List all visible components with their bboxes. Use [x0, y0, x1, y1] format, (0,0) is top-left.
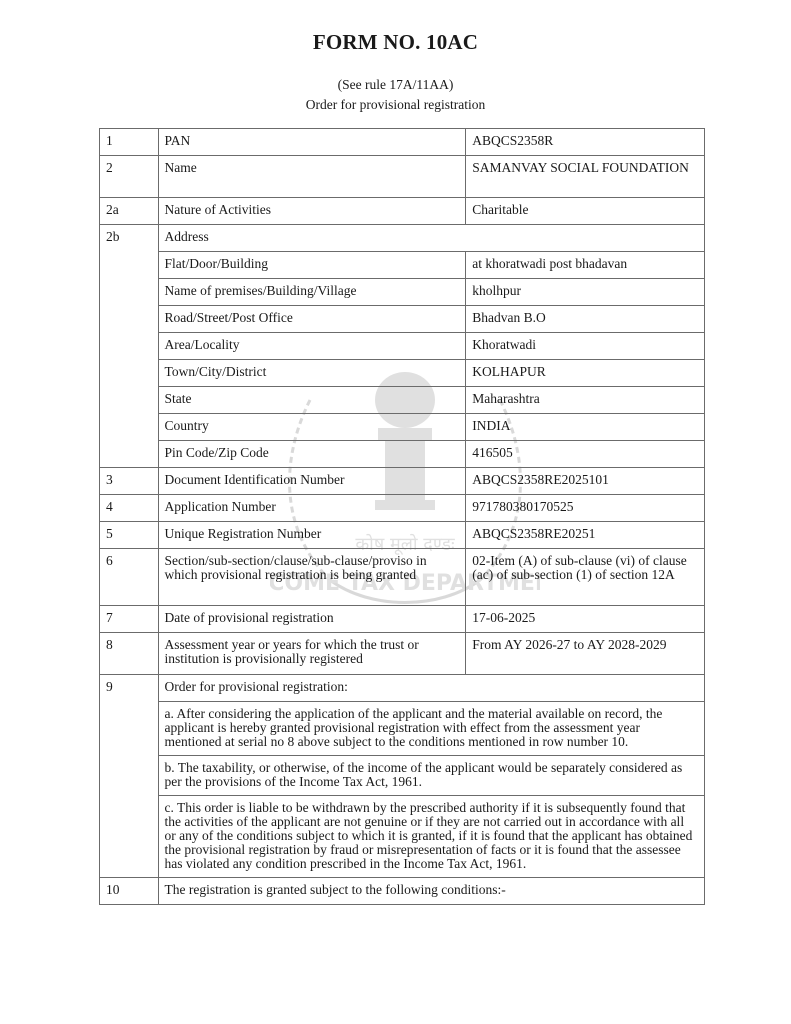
- address-label: Road/Street/Post Office: [158, 306, 466, 333]
- address-row: Area/Locality Khoratwadi: [100, 333, 705, 360]
- table-row-section: 6 Section/sub-section/clause/sub-clause/…: [100, 549, 705, 606]
- row-label: Order for provisional registration:: [158, 675, 704, 702]
- address-row: Flat/Door/Building at khoratwadi post bh…: [100, 252, 705, 279]
- nature-value: Charitable: [466, 198, 705, 225]
- table-row-pan: 1 PAN ABQCS2358R: [100, 129, 705, 156]
- pan-value: ABQCS2358R: [466, 129, 705, 156]
- row-label: Application Number: [158, 495, 466, 522]
- row-number: 10: [100, 878, 159, 905]
- address-label: Name of premises/Building/Village: [158, 279, 466, 306]
- order-paragraph-row: c. This order is liable to be withdrawn …: [100, 796, 705, 878]
- table-row-urn: 5 Unique Registration Number ABQCS2358RE…: [100, 522, 705, 549]
- address-label: Town/City/District: [158, 360, 466, 387]
- address-value: kholhpur: [466, 279, 705, 306]
- address-value: Bhadvan B.O: [466, 306, 705, 333]
- row-number: 9: [100, 675, 159, 878]
- table-row-conditions: 10 The registration is granted subject t…: [100, 878, 705, 905]
- row-label: Address: [158, 225, 704, 252]
- table-row-nature: 2a Nature of Activities Charitable: [100, 198, 705, 225]
- row-label: PAN: [158, 129, 466, 156]
- row-number: 2a: [100, 198, 159, 225]
- row-number: 3: [100, 468, 159, 495]
- row-label: Date of provisional registration: [158, 606, 466, 633]
- address-row: Pin Code/Zip Code 416505: [100, 441, 705, 468]
- table-row-application: 4 Application Number 971780380170525: [100, 495, 705, 522]
- table-row-order: 9 Order for provisional registration:: [100, 675, 705, 702]
- address-label: State: [158, 387, 466, 414]
- row-number: 8: [100, 633, 159, 675]
- row-label: Name: [158, 156, 466, 198]
- name-value: SAMANVAY SOCIAL FOUNDATION: [466, 156, 705, 198]
- table-row-date: 7 Date of provisional registration 17-06…: [100, 606, 705, 633]
- address-row: Road/Street/Post Office Bhadvan B.O: [100, 306, 705, 333]
- table-row-assessment-years: 8 Assessment year or years for which the…: [100, 633, 705, 675]
- address-row: State Maharashtra: [100, 387, 705, 414]
- row-label: Assessment year or years for which the t…: [158, 633, 466, 675]
- row-number: 2b: [100, 225, 159, 468]
- order-paragraph-row: a. After considering the application of …: [100, 702, 705, 756]
- address-row: Name of premises/Building/Village kholhp…: [100, 279, 705, 306]
- rule-reference: (See rule 17A/11AA): [0, 77, 791, 93]
- address-label: Country: [158, 414, 466, 441]
- row-number: 7: [100, 606, 159, 633]
- order-paragraph-row: b. The taxability, or otherwise, of the …: [100, 756, 705, 796]
- address-value: at khoratwadi post bhadavan: [466, 252, 705, 279]
- table-row-address: 2b Address: [100, 225, 705, 252]
- address-row: Country INDIA: [100, 414, 705, 441]
- row-number: 4: [100, 495, 159, 522]
- address-value: 416505: [466, 441, 705, 468]
- assessment-years-value: From AY 2026-27 to AY 2028-2029: [466, 633, 705, 675]
- row-label: Unique Registration Number: [158, 522, 466, 549]
- registration-date-value: 17-06-2025: [466, 606, 705, 633]
- row-label: Section/sub-section/clause/sub-clause/pr…: [158, 549, 466, 606]
- address-label: Flat/Door/Building: [158, 252, 466, 279]
- address-value: Maharashtra: [466, 387, 705, 414]
- form-title: FORM NO. 10AC: [0, 30, 791, 55]
- row-number: 6: [100, 549, 159, 606]
- order-paragraph-c: c. This order is liable to be withdrawn …: [158, 796, 704, 878]
- address-value: INDIA: [466, 414, 705, 441]
- address-value: Khoratwadi: [466, 333, 705, 360]
- row-label: The registration is granted subject to t…: [158, 878, 704, 905]
- order-paragraph-b: b. The taxability, or otherwise, of the …: [158, 756, 704, 796]
- form-subtitle: Order for provisional registration: [0, 97, 791, 113]
- row-label: Document Identification Number: [158, 468, 466, 495]
- row-number: 1: [100, 129, 159, 156]
- din-value: ABQCS2358RE2025101: [466, 468, 705, 495]
- address-label: Area/Locality: [158, 333, 466, 360]
- application-number-value: 971780380170525: [466, 495, 705, 522]
- urn-value: ABQCS2358RE20251: [466, 522, 705, 549]
- address-row: Town/City/District KOLHAPUR: [100, 360, 705, 387]
- registration-table: 1 PAN ABQCS2358R 2 Name SAMANVAY SOCIAL …: [99, 128, 705, 905]
- table-row-name: 2 Name SAMANVAY SOCIAL FOUNDATION: [100, 156, 705, 198]
- address-value: KOLHAPUR: [466, 360, 705, 387]
- row-number: 5: [100, 522, 159, 549]
- section-value: 02-Item (A) of sub-clause (vi) of clause…: [466, 549, 705, 606]
- row-number: 2: [100, 156, 159, 198]
- row-label: Nature of Activities: [158, 198, 466, 225]
- order-paragraph-a: a. After considering the application of …: [158, 702, 704, 756]
- address-label: Pin Code/Zip Code: [158, 441, 466, 468]
- table-row-din: 3 Document Identification Number ABQCS23…: [100, 468, 705, 495]
